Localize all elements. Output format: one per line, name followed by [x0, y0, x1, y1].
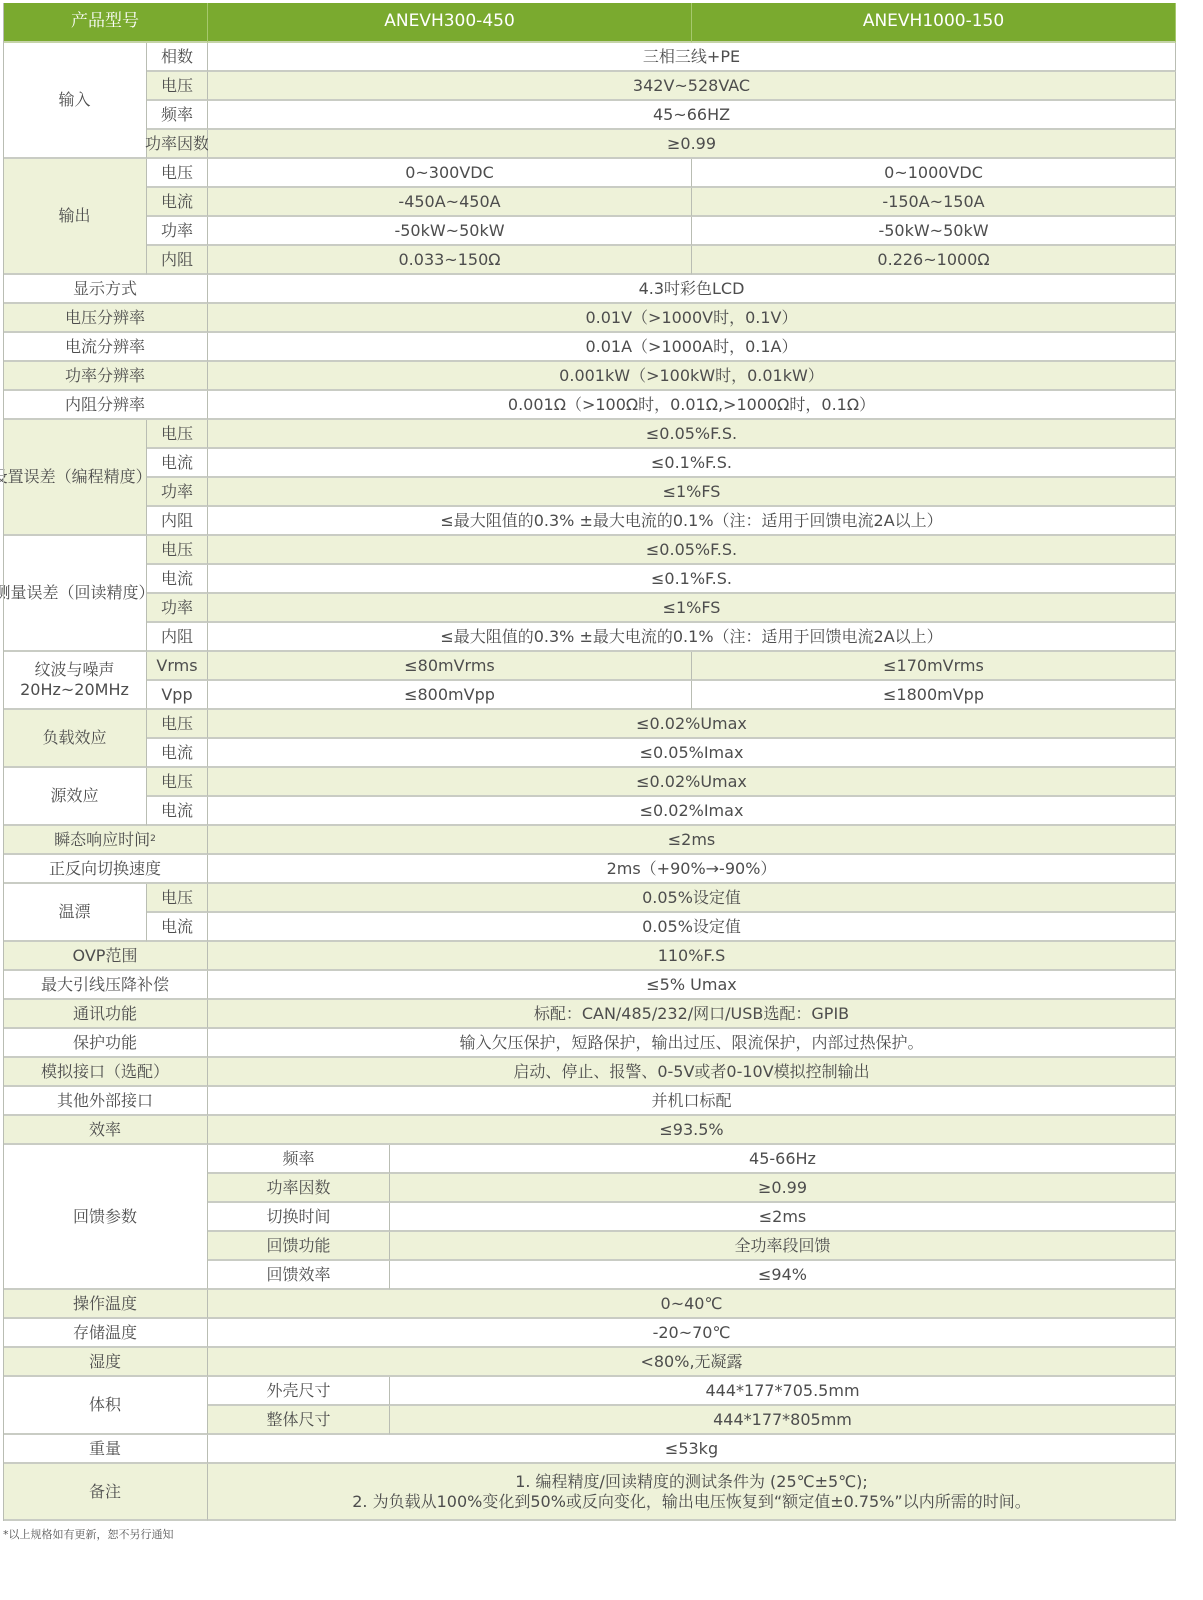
footnote: *以上规格如有更新，恕不另行通知 — [3, 1526, 174, 1542]
table-border — [3, 3, 1176, 1521]
